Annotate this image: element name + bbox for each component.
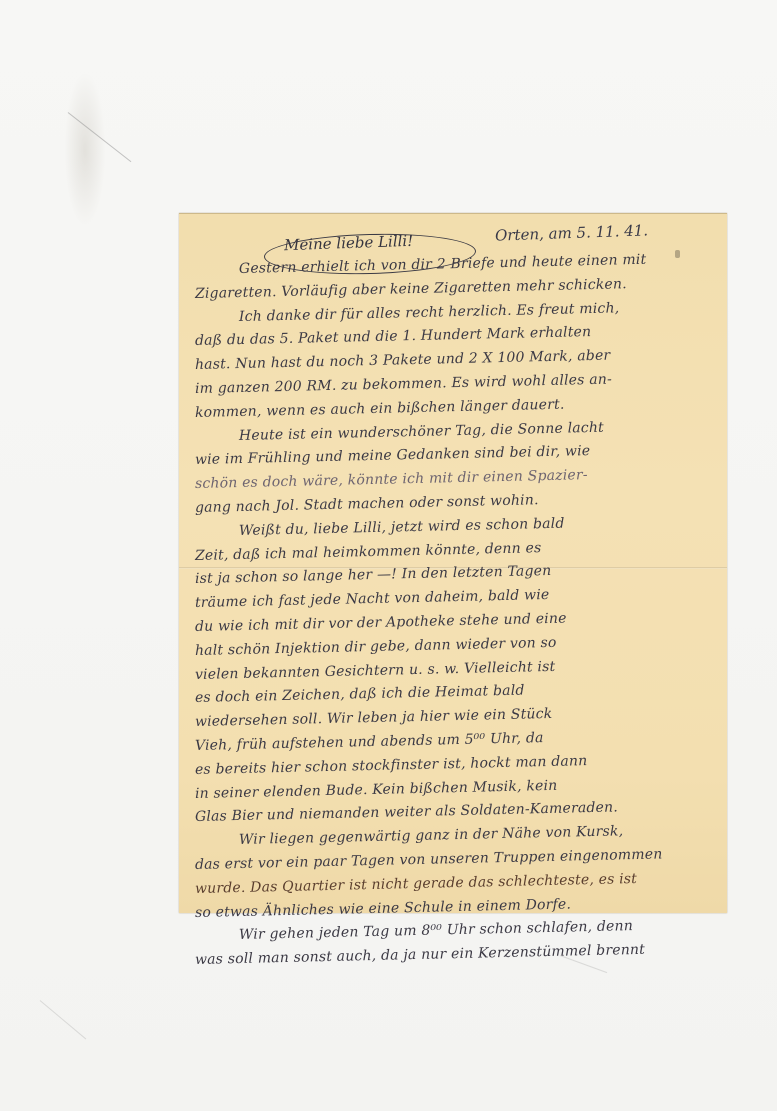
dateline: Orten, am 5. 11. 41. [495,221,649,244]
letter-paper: Meine liebe Lilli! Orten, am 5. 11. 41. … [179,213,727,913]
letter-body: Gestern erhielt ich von dir 2 Briefe und… [195,259,720,973]
